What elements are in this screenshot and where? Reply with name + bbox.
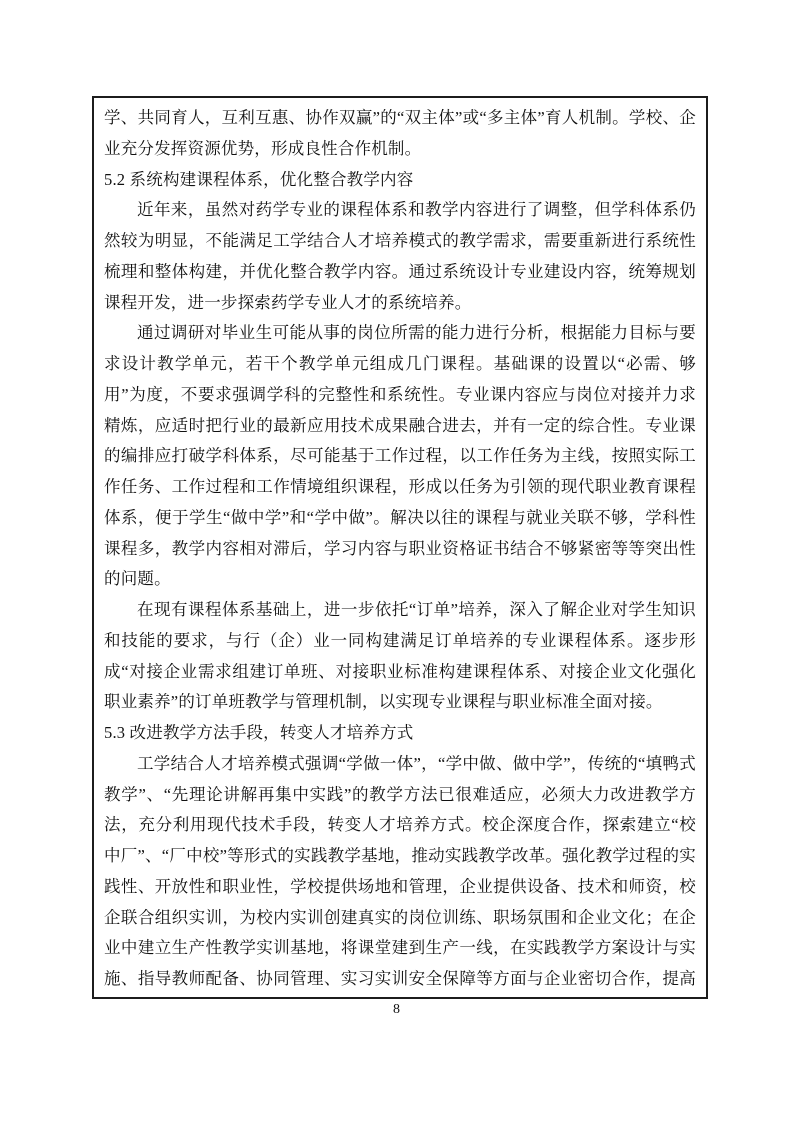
document-page: 学、共同育人，互利互惠、协作双赢”的“双主体”或“多主体”育人机制。学校、企业充… [0, 0, 793, 1122]
continued-paragraph: 学、共同育人，互利互惠、协作双赢”的“双主体”或“多主体”育人机制。学校、企业充… [104, 103, 696, 165]
section-heading-5-2: 5.2 系统构建课程体系，优化整合教学内容 [104, 165, 696, 196]
body-paragraph: 通过调研对毕业生可能从事的岗位所需的能力进行分析，根据能力目标与要求设计教学单元… [104, 318, 696, 595]
body-paragraph: 工学结合人才培养模式强调“学做一体”，“学中做、做中学”，传统的“填鸭式教学”、… [104, 749, 696, 999]
page-number: 8 [0, 1002, 793, 1018]
body-paragraph: 近年来，虽然对药学专业的课程体系和教学内容进行了调整，但学科体系仍然较为明显，不… [104, 195, 696, 318]
body-paragraph: 在现有课程体系基础上，进一步依托“订单”培养，深入了解企业对学生知识和技能的要求… [104, 595, 696, 718]
content-table-cell: 学、共同育人，互利互惠、协作双赢”的“双主体”或“多主体”育人机制。学校、企业充… [92, 96, 708, 999]
section-heading-5-3: 5.3 改进教学方法手段，转变人才培养方式 [104, 718, 696, 749]
